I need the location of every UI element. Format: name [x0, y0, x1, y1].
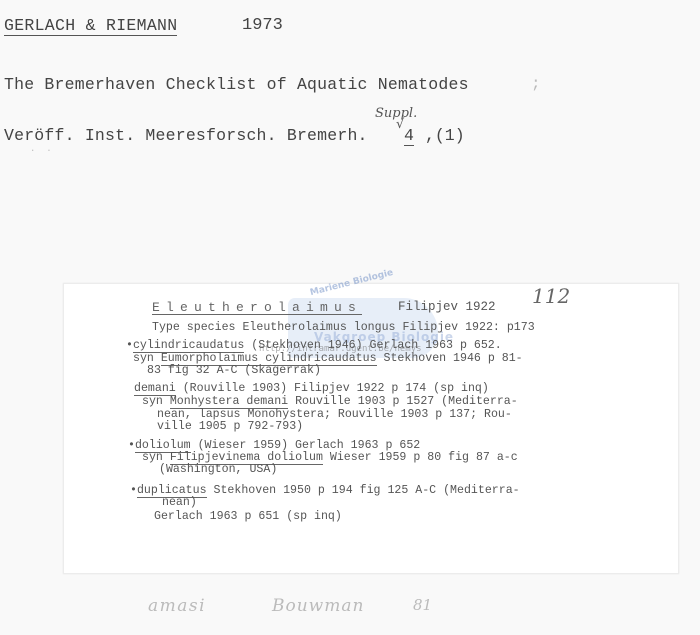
synonym-line: syn Monhystera demani Rouville 1903 p 15… [142, 395, 518, 408]
genus-authority: Filipjev 1922 [398, 301, 496, 314]
species-entry-cylindricaudatus: •cylindricaudatus (Stekhoven 1946) Gerla… [126, 339, 502, 352]
publication-year: 1973 [242, 17, 283, 35]
continuation-line: nean) [162, 496, 197, 509]
bullet-mark: • [128, 439, 135, 452]
paper-specks: · · [30, 146, 52, 156]
watermark-mariene-biologie: Mariene Biologie [309, 268, 394, 298]
journal-citation: Veröff. Inst. Meeresforsch. Bremerh. [4, 126, 368, 145]
continuation-line: ville 1905 p 792-793) [157, 420, 303, 433]
genus-name: Eleutherolaimus [152, 301, 362, 315]
journal-volume: 4 [404, 126, 414, 146]
synonym-name: Monhystera demani [170, 395, 288, 409]
bullet-mark: • [130, 484, 137, 497]
index-card: Mariene Biologie Vakgroep Biologie http:… [63, 283, 679, 574]
author-heading: GERLACH & RIEMANN [4, 17, 177, 36]
species-entry-demani: demani (Rouville 1903) Filipjev 1922 p 1… [134, 382, 489, 395]
continuation-line: 83 fig 32 A-C (Skagerrak) [147, 364, 321, 377]
continuation-line: Gerlach 1963 p 651 (sp inq) [154, 510, 342, 523]
species-name: demani [134, 382, 176, 396]
handwritten-page-number: 112 [532, 290, 570, 303]
handwritten-note-bouwman: Bouwman [272, 596, 364, 616]
publication-title: The Bremerhaven Checklist of Aquatic Nem… [4, 75, 469, 94]
continuation-line: (Washington, USA) [159, 463, 277, 476]
handwritten-note-amasi: amasi [148, 596, 206, 616]
bullet-mark: • [126, 339, 133, 352]
species-name: cylindricaudatus [133, 339, 244, 353]
handwritten-note-year: 81 [413, 596, 432, 614]
journal-issue: ,(1) [425, 126, 465, 145]
type-species-line: Type species Eleutherolaimus longus Fili… [152, 321, 535, 334]
title-punctuation: ; [531, 75, 541, 93]
